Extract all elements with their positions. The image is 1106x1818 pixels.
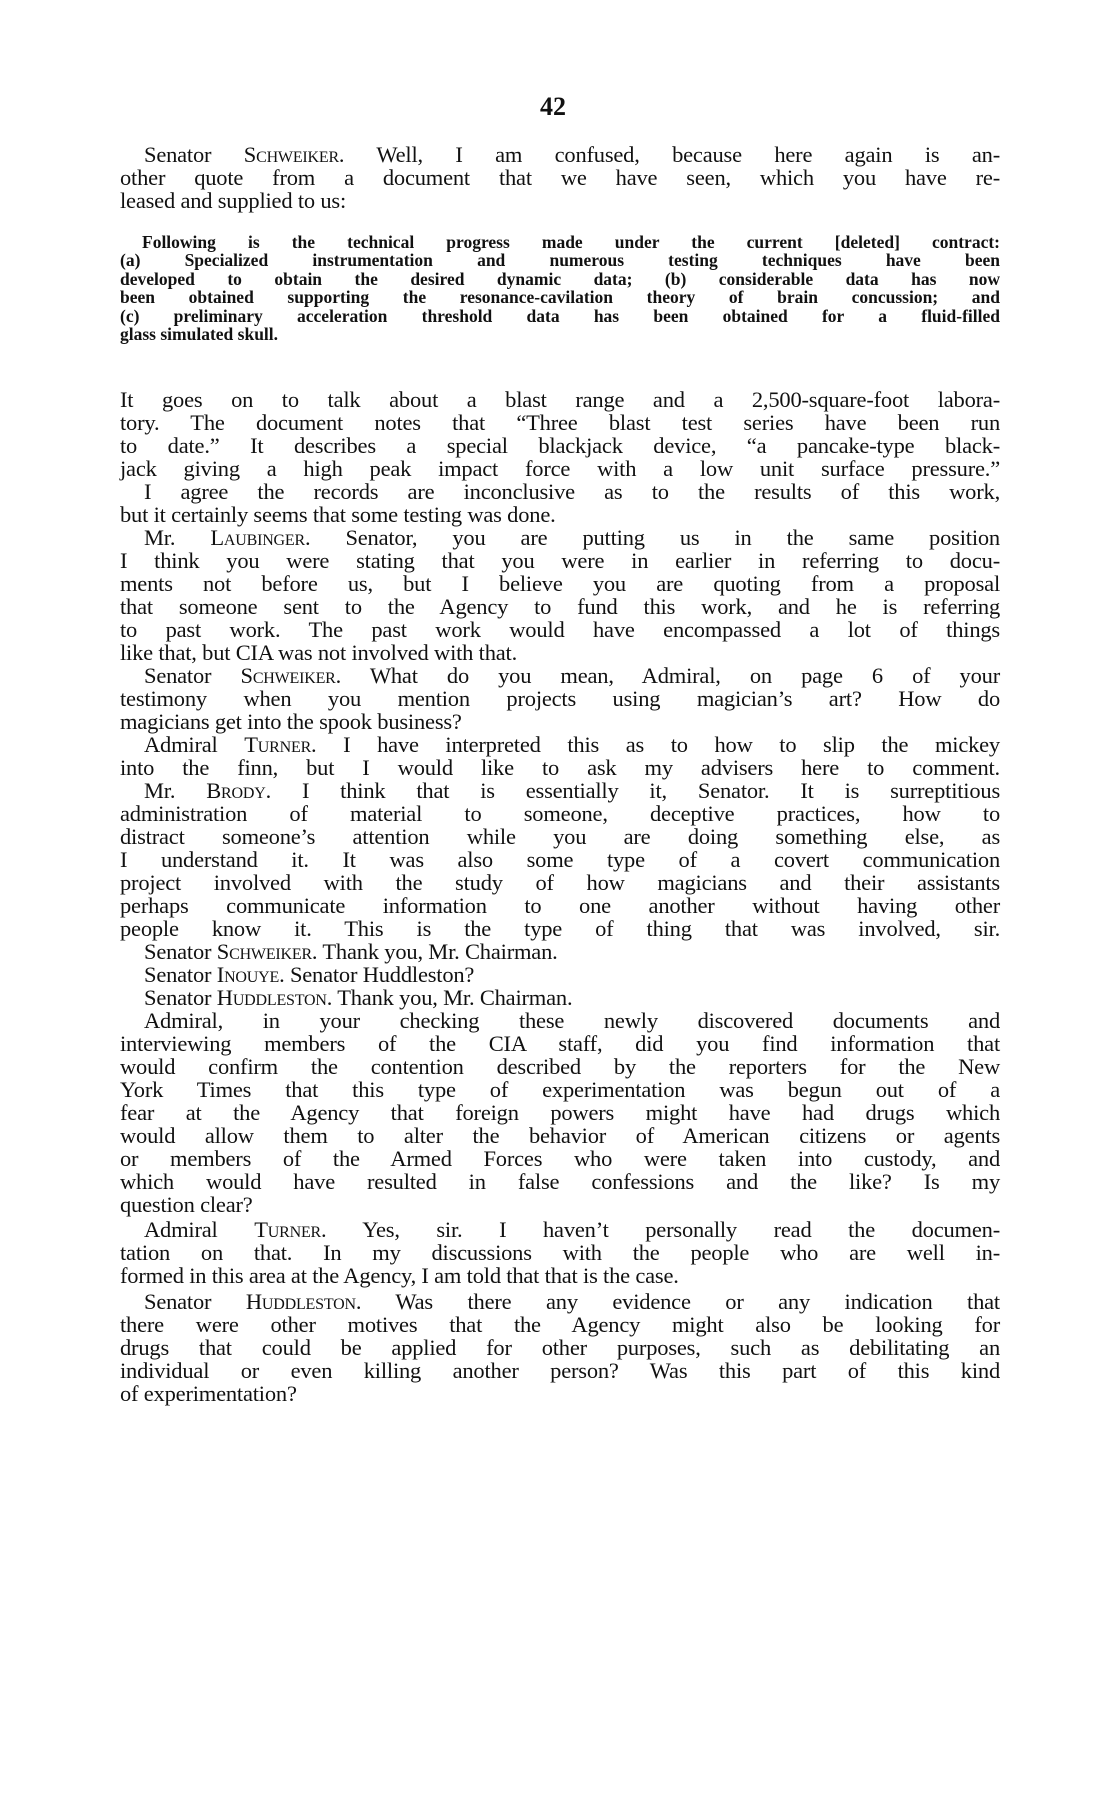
speaker-title: Mr.	[144, 525, 175, 550]
text-line: would confirm the contention described b…	[120, 1055, 1000, 1078]
speaker-title: Admiral	[144, 732, 218, 757]
page-number: 42	[0, 92, 1106, 122]
text-line: Senator Schweiker. Well, I am confused, …	[120, 143, 1000, 166]
text-line: tory. The document notes that “Three bla…	[120, 411, 1000, 434]
speaker-title: Admiral	[144, 1217, 218, 1242]
text-line: there were other motives that the Agency…	[120, 1313, 1000, 1336]
quote-line: developed to obtain the desired dynamic …	[120, 270, 1000, 288]
paragraph-schweiker-magicians: Senator Schweiker. What do you mean, Adm…	[120, 664, 1000, 733]
quote-line: glass simulated skull.	[120, 325, 1000, 343]
speaker-title: Senator	[144, 962, 211, 987]
text-line: to past work. The past work would have e…	[120, 618, 1000, 641]
text-line: York Times that this type of experimenta…	[120, 1078, 1000, 1101]
text-line: into the finn, but I would like to ask m…	[120, 756, 1000, 779]
text-line: leased and supplied to us:	[120, 189, 1000, 212]
speaker-title: Senator	[144, 939, 211, 964]
speaker-name: Schweiker.	[241, 663, 342, 688]
speaker-title: Senator	[144, 1289, 211, 1314]
text-line: or members of the Armed Forces who were …	[120, 1147, 1000, 1170]
text-line: other quote from a document that we have…	[120, 166, 1000, 189]
speaker-title: Senator	[144, 663, 211, 688]
text-line: fear at the Agency that foreign powers m…	[120, 1101, 1000, 1124]
text-line: project involved with the study of how m…	[120, 871, 1000, 894]
paragraph-turner-answer: Admiral Turner. Yes, sir. I haven’t pers…	[120, 1218, 1000, 1287]
text-line: Senator Huddleston. Thank you, Mr. Chair…	[120, 986, 1000, 1009]
text-line: ments not before us, but I believe you a…	[120, 572, 1000, 595]
text-line: Senator Schweiker. Thank you, Mr. Chairm…	[120, 940, 1000, 963]
text-line: Senator Schweiker. What do you mean, Adm…	[120, 664, 1000, 687]
speaker-name: Schweiker.	[217, 939, 318, 964]
speaker-name: Schweiker.	[244, 142, 345, 167]
text-line: It goes on to talk about a blast range a…	[120, 388, 1000, 411]
speaker-name: Huddleston.	[217, 985, 332, 1010]
document-page: 42 Senator Schweiker. Well, I am confuse…	[0, 0, 1106, 1818]
text-line: Senator Huddleston. Was there any eviden…	[120, 1290, 1000, 1313]
text-line: Admiral, in your checking these newly di…	[120, 1009, 1000, 1032]
text-line: tation on that. In my discussions with t…	[120, 1241, 1000, 1264]
text-line: Mr. Brody. I think that is essentially i…	[120, 779, 1000, 802]
block-quote: Following is the technical progress made…	[120, 233, 1000, 343]
text-line: formed in this area at the Agency, I am …	[120, 1264, 1000, 1287]
text-line: question clear?	[120, 1193, 1000, 1216]
paragraph-schweiker-confused: Senator Schweiker. Well, I am confused, …	[120, 143, 1000, 212]
text-line: like that, but CIA was not involved with…	[120, 641, 1000, 664]
text-line: distract someone’s attention while you a…	[120, 825, 1000, 848]
text-line: drugs that could be applied for other pu…	[120, 1336, 1000, 1359]
text-line: magicians get into the spook business?	[120, 710, 1000, 733]
speaker-title: Mr.	[144, 778, 175, 803]
paragraph-short-exchanges: Senator Schweiker. Thank you, Mr. Chairm…	[120, 940, 1000, 1009]
text-line: I understand it. It was also some type o…	[120, 848, 1000, 871]
quote-line: (a) Specialized instrumentation and nume…	[120, 251, 1000, 269]
text-line: Mr. Laubinger. Senator, you are putting …	[120, 526, 1000, 549]
speaker-name: Laubinger.	[210, 525, 310, 550]
paragraph-brody: Mr. Brody. I think that is essentially i…	[120, 779, 1000, 940]
text-line: people know it. This is the type of thin…	[120, 917, 1000, 940]
quote-line: (c) preliminary acceleration threshold d…	[120, 307, 1000, 325]
text-line: would allow them to alter the behavior o…	[120, 1124, 1000, 1147]
text-line: that someone sent to the Agency to fund …	[120, 595, 1000, 618]
paragraph-turner-mickey: Admiral Turner. I have interpreted this …	[120, 733, 1000, 779]
text-line: Senator Inouye. Senator Huddleston?	[120, 963, 1000, 986]
speaker-title: Senator	[144, 985, 211, 1010]
text-line: which would have resulted in false confe…	[120, 1170, 1000, 1193]
text-line: testimony when you mention projects usin…	[120, 687, 1000, 710]
speaker-title: Senator	[144, 142, 211, 167]
speaker-name: Inouye.	[217, 962, 285, 987]
text-line: Admiral Turner. I have interpreted this …	[120, 733, 1000, 756]
text-line: Admiral Turner. Yes, sir. I haven’t pers…	[120, 1218, 1000, 1241]
speaker-name: Brody.	[206, 778, 271, 803]
text-line: jack giving a high peak impact force wit…	[120, 457, 1000, 480]
paragraph-records-inconclusive: I agree the records are inconclusive as …	[120, 480, 1000, 526]
speaker-name: Turner.	[254, 1217, 326, 1242]
paragraph-laubinger: Mr. Laubinger. Senator, you are putting …	[120, 526, 1000, 664]
quote-line: been obtained supporting the resonance-c…	[120, 288, 1000, 306]
speaker-name: Turner.	[244, 732, 316, 757]
text-line: administration of material to someone, d…	[120, 802, 1000, 825]
paragraph-blast-range: It goes on to talk about a blast range a…	[120, 388, 1000, 480]
text-line: individual or even killing another perso…	[120, 1359, 1000, 1382]
text-line: perhaps communicate information to one a…	[120, 894, 1000, 917]
text-line: to date.” It describes a special blackja…	[120, 434, 1000, 457]
text-line: I agree the records are inconclusive as …	[120, 480, 1000, 503]
paragraph-huddleston-question: Admiral, in your checking these newly di…	[120, 1009, 1000, 1216]
quote-line: Following is the technical progress made…	[120, 233, 1000, 251]
text-line: but it certainly seems that some testing…	[120, 503, 1000, 526]
text-line: I think you were stating that you were i…	[120, 549, 1000, 572]
speaker-name: Huddleston.	[246, 1289, 361, 1314]
paragraph-huddleston-motives: Senator Huddleston. Was there any eviden…	[120, 1290, 1000, 1405]
text-line: of experimentation?	[120, 1382, 1000, 1405]
text-line: interviewing members of the CIA staff, d…	[120, 1032, 1000, 1055]
